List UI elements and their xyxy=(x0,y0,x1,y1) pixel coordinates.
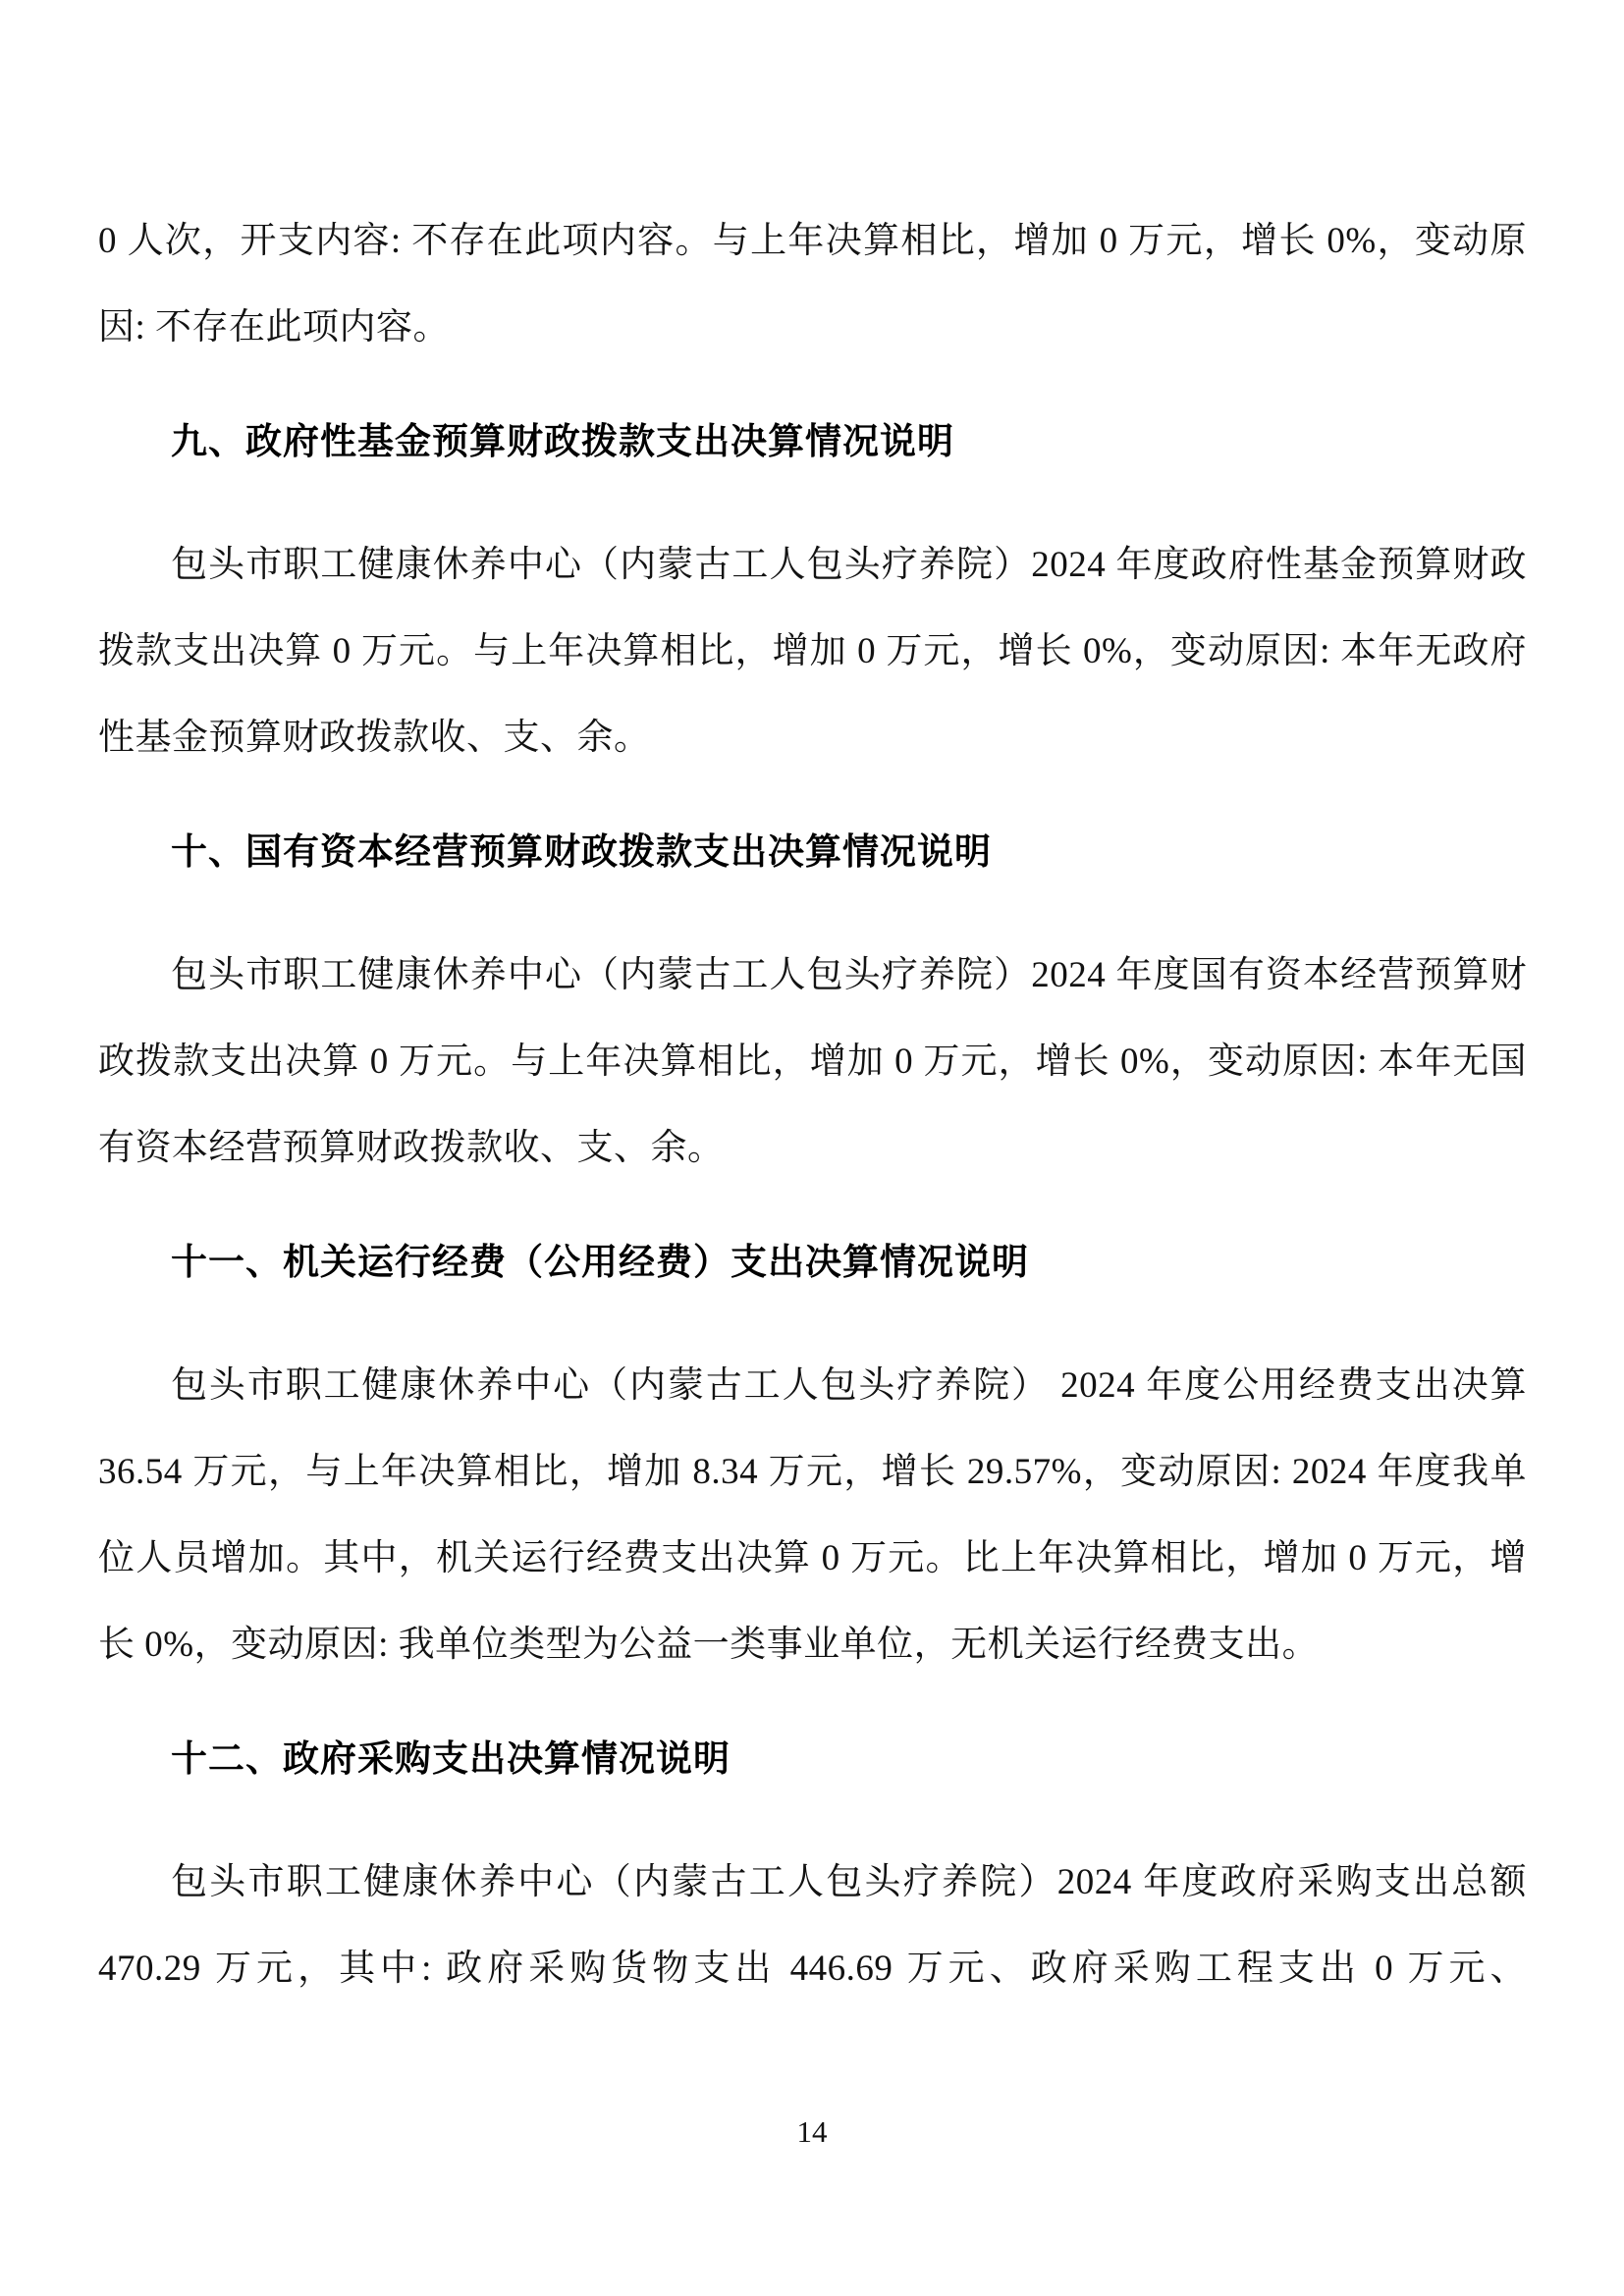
body-paragraph-continuation: 0 人次，开支内容: 不存在此项内容。与上年决算相比，增加 0 万元，增长 0%… xyxy=(98,198,1527,371)
body-paragraph-state-capital-budget: 包头市职工健康休养中心（内蒙古工人包头疗养院）2024 年度国有资本经营预算财政… xyxy=(98,933,1527,1192)
section-heading-ten: 十、国有资本经营预算财政拨款支出决算情况说明 xyxy=(98,809,1527,895)
document-page: 0 人次，开支内容: 不存在此项内容。与上年决算相比，增加 0 万元，增长 0%… xyxy=(0,0,1624,2296)
body-paragraph-operating-expense: 包头市职工健康休养中心（内蒙古工人包头疗养院） 2024 年度公用经费支出决算 … xyxy=(98,1343,1527,1688)
body-paragraph-gov-procurement: 包头市职工健康休养中心（内蒙古工人包头疗养院）2024 年度政府采购支出总额 4… xyxy=(98,1840,1527,2012)
section-heading-eleven: 十一、机关运行经费（公用经费）支出决算情况说明 xyxy=(98,1219,1527,1306)
section-heading-nine: 九、政府性基金预算财政拨款支出决算情况说明 xyxy=(98,399,1527,485)
section-heading-twelve: 十二、政府采购支出决算情况说明 xyxy=(98,1716,1527,1802)
page-number: 14 xyxy=(0,2112,1624,2152)
body-paragraph-gov-fund-budget: 包头市职工健康休养中心（内蒙古工人包头疗养院）2024 年度政府性基金预算财政拨… xyxy=(98,522,1527,781)
page-content: 0 人次，开支内容: 不存在此项内容。与上年决算相比，增加 0 万元，增长 0%… xyxy=(98,198,1527,2012)
